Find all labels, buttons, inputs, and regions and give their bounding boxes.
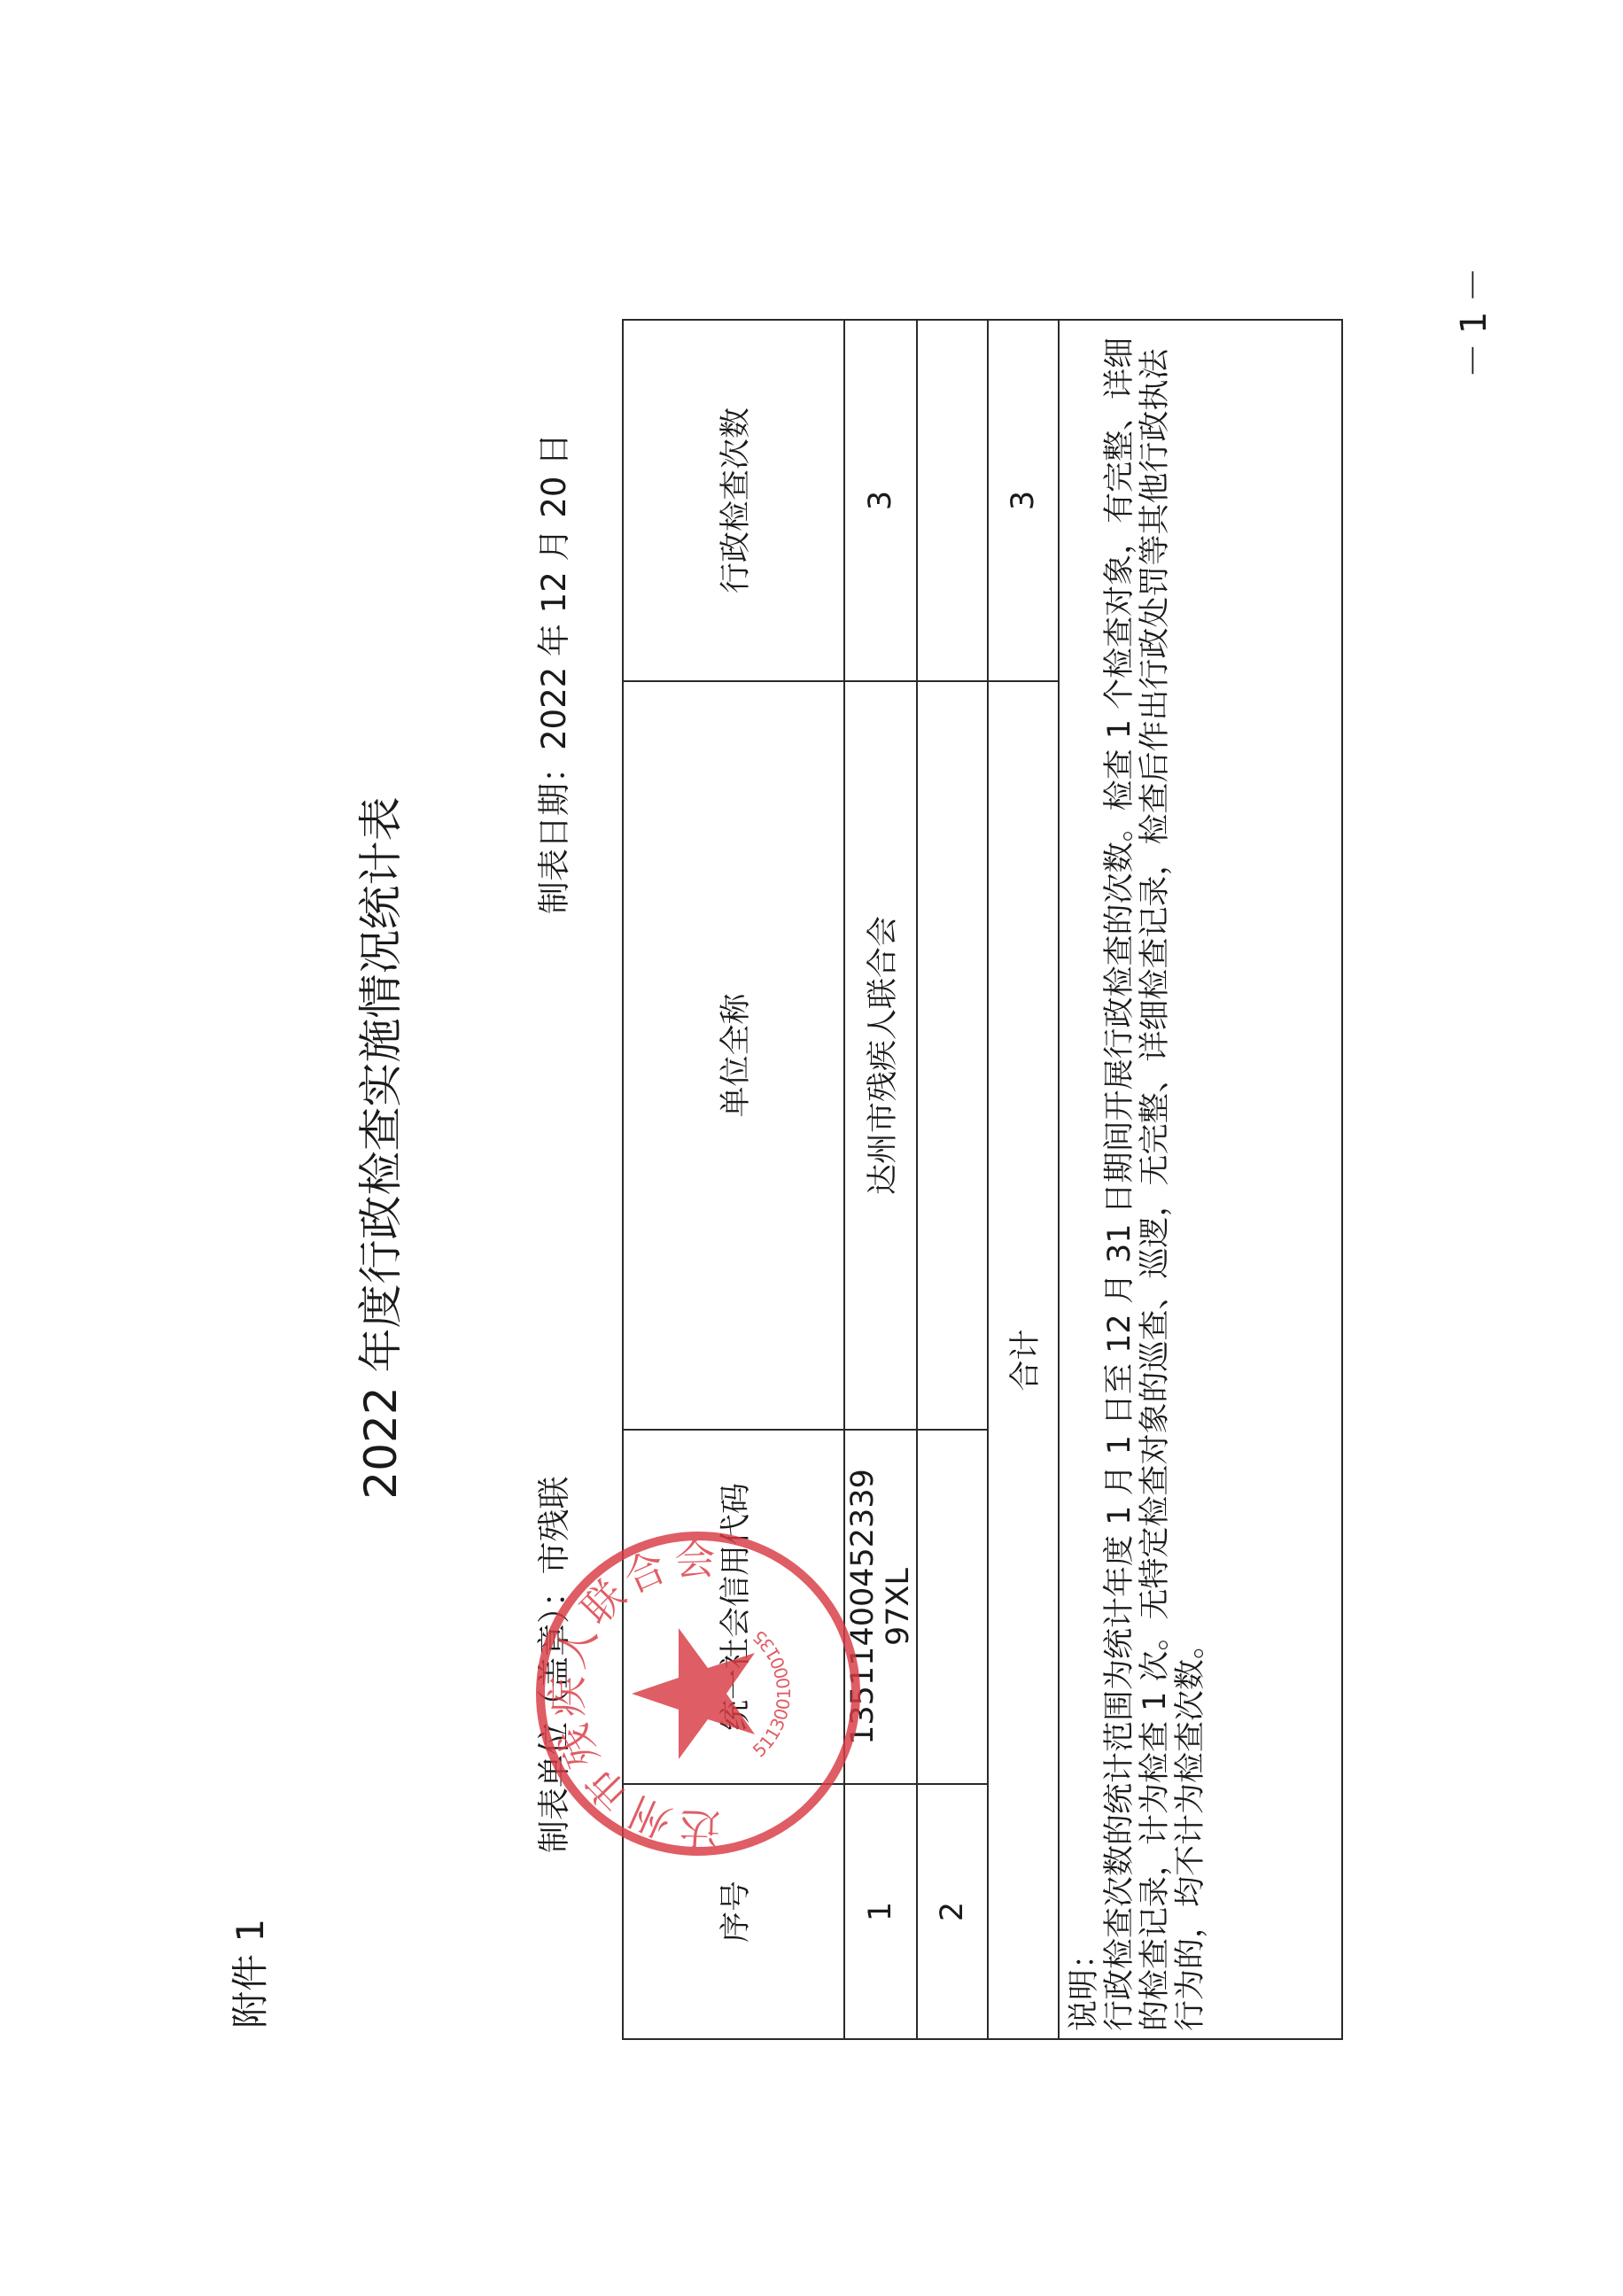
cell-serial: 1 (844, 1784, 917, 2039)
table-row: 1 13511400452339 97XL 达州市残疾人联合会 3 (844, 320, 917, 2039)
table-header-row: 序号 统一社会信用代码 单位全称 行政检查次数 (623, 320, 844, 2039)
cell-inspection-count (917, 320, 988, 681)
issuing-unit: 制表单位（盖章）：市残联 (527, 1477, 575, 1854)
document-title: 2022 年度行政检查实施情况统计表 (346, 0, 409, 2296)
cell-serial: 2 (917, 1784, 988, 2039)
table-row: 2 (917, 320, 988, 2039)
notes-body: 行政检查次数的统计范围为统计年度 1 月 1 日至 12 月 31 日期间开展行… (1102, 330, 1208, 2031)
issue-date: 制表日期：2022 年 12 月 20 日 (527, 433, 575, 914)
attachment-label: 附件 1 (221, 1919, 275, 2028)
cell-unit-name: 达州市残疾人联合会 (844, 681, 917, 1430)
cell-unit-name (917, 681, 988, 1430)
notes-row: 说明： 行政检查次数的统计范围为统计年度 1 月 1 日至 12 月 31 日期… (1059, 320, 1342, 2039)
statistics-table: 序号 统一社会信用代码 单位全称 行政检查次数 1 13511400452339… (622, 319, 1343, 2040)
total-label: 合计 (988, 681, 1059, 2039)
table-total-row: 合计 3 (988, 320, 1059, 2039)
cell-credit-code: 13511400452339 97XL (844, 1430, 917, 1784)
header-unit-name: 单位全称 (623, 681, 844, 1430)
notes-cell: 说明： 行政检查次数的统计范围为统计年度 1 月 1 日至 12 月 31 日期… (1059, 320, 1342, 2039)
total-count: 3 (988, 320, 1059, 681)
header-inspection-count: 行政检查次数 (623, 320, 844, 681)
notes-heading: 说明： (1067, 330, 1102, 2031)
header-credit-code: 统一社会信用代码 (623, 1430, 844, 1784)
page-number: －1－ (1446, 259, 1496, 378)
header-serial: 序号 (623, 1784, 844, 2039)
cell-inspection-count: 3 (844, 320, 917, 681)
document-page: 附件 1 2022 年度行政检查实施情况统计表 制表单位（盖章）：市残联 制表日… (0, 0, 1623, 2296)
cell-credit-code (917, 1430, 988, 1784)
